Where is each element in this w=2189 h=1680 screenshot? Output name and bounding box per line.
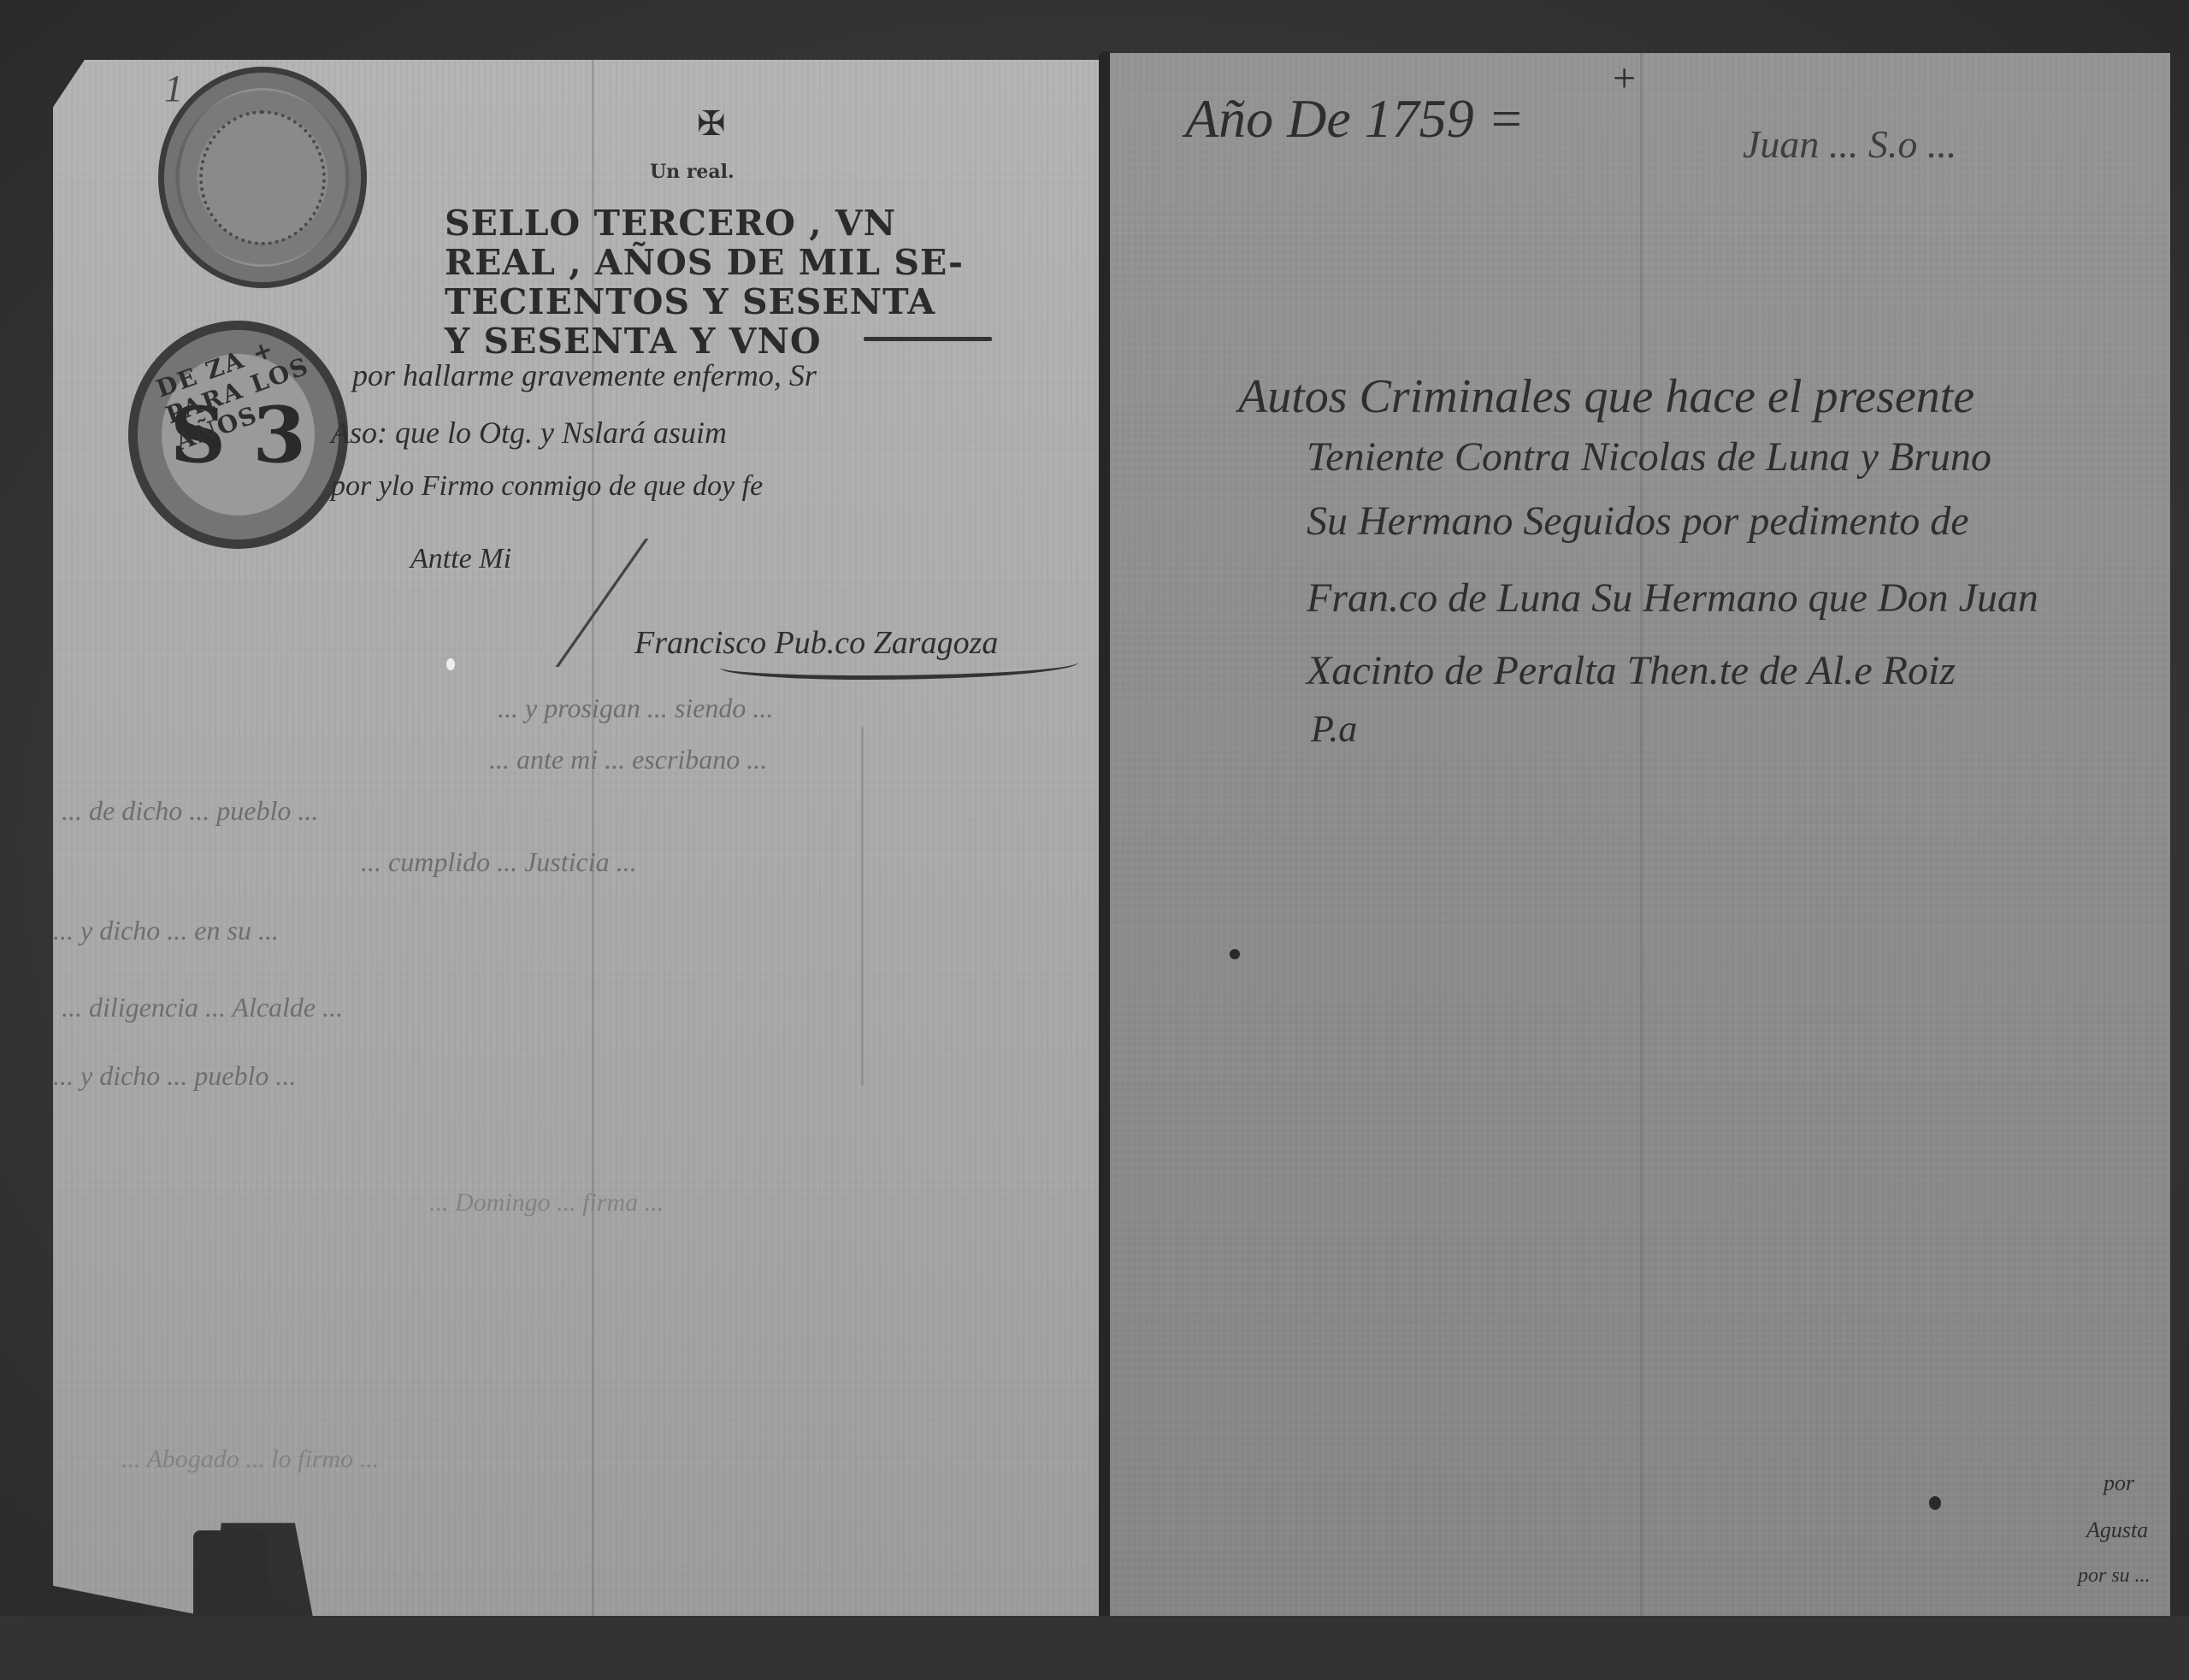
stamp-heading-line: SELLO TERCERO , VN: [445, 203, 1105, 243]
page-number: 1: [164, 67, 183, 110]
case-title-line: Teniente Contra Nicolas de Luna y Bruno: [1307, 433, 1991, 480]
corner-margin-note: por Agusta por su ...: [2069, 1445, 2163, 1582]
case-title-line: Fran.co de Luna Su Hermano que Don Juan: [1307, 575, 2039, 622]
bleedthrough-line: ... cumplido ... Justicia ...: [361, 846, 637, 878]
bleedthrough-line: ... ante mi ... escribano ...: [489, 744, 767, 775]
ink-blot: [1230, 949, 1240, 959]
margin-note-line: por: [2103, 1471, 2134, 1496]
fold-line: [1640, 53, 1643, 1635]
microfilm-bottom-edge: [0, 1616, 2189, 1680]
stamp-heading: SELLO TERCERO , VN REAL , AÑOS DE MIL SE…: [445, 203, 1105, 361]
header-right-note: Juan ... S.o ...: [1743, 121, 1956, 167]
bleedthrough-line: ... de dicho ... pueblo ...: [62, 795, 318, 827]
heading-rule: [864, 337, 992, 341]
bleedthrough-line: ... Abogado ... lo firmo ...: [121, 1445, 379, 1474]
stamp-heading-line: REAL , AÑOS DE MIL SE-: [445, 243, 1105, 282]
case-title-line: Xacinto de Peralta Then.te de Al.e Roiz: [1307, 647, 1956, 694]
fold-line: [861, 727, 864, 1086]
left-page: 1 ✠ Un real. SELLO TERCERO , VN REAL , A…: [53, 60, 1105, 1633]
paper-speck: [446, 658, 455, 670]
case-title-line: Autos Criminales que hace el presente: [1238, 369, 1974, 424]
bleedthrough-line: ... y dicho ... en su ...: [53, 915, 279, 946]
stamp-heading-line: TECIENTOS Y SESENTA: [445, 282, 1105, 321]
handwritten-line: por ylo Firmo conmigo de que doy fe: [331, 470, 763, 503]
case-title-line: P.a: [1311, 707, 1357, 751]
coat-of-arms-icon: [199, 110, 326, 245]
handwritten-line: por hallarme gravemente enfermo, Sr: [352, 357, 817, 393]
royal-seal-icon: [158, 67, 367, 288]
bleedthrough-line: ... y prosigan ... siendo ...: [498, 693, 773, 724]
ink-blot: [1929, 1496, 1941, 1510]
handwritten-line: Aso: que lo Otg. y Nslará asuim: [331, 415, 727, 451]
header-plus: +: [1610, 55, 1637, 102]
bleedthrough-line: ... Domingo ... firma ...: [429, 1188, 664, 1217]
margin-note-line: Agusta: [2086, 1518, 2148, 1543]
bleedthrough-line: ... diligencia ... Alcalde ...: [62, 992, 343, 1023]
bleedthrough-line: ... y dicho ... pueblo ...: [53, 1060, 296, 1092]
header-year: Año De 1759 =: [1185, 87, 1525, 150]
numbered-seal-icon: DE ZA + PARA LOS AÑOS S 3: [128, 321, 348, 549]
stamp-caption: Un real.: [650, 161, 735, 183]
cross-icon: ✠: [697, 104, 726, 144]
right-page: Año De 1759 = + Juan ... S.o ... Autos C…: [1110, 53, 2170, 1635]
margin-note-line: por su ...: [2078, 1565, 2151, 1588]
stamp-heading-line: Y SESENTA Y VNO: [445, 321, 1105, 361]
signature-label: Antte Mi: [410, 543, 511, 575]
case-title-line: Su Hermano Seguidos por pedimento de: [1307, 498, 1969, 545]
